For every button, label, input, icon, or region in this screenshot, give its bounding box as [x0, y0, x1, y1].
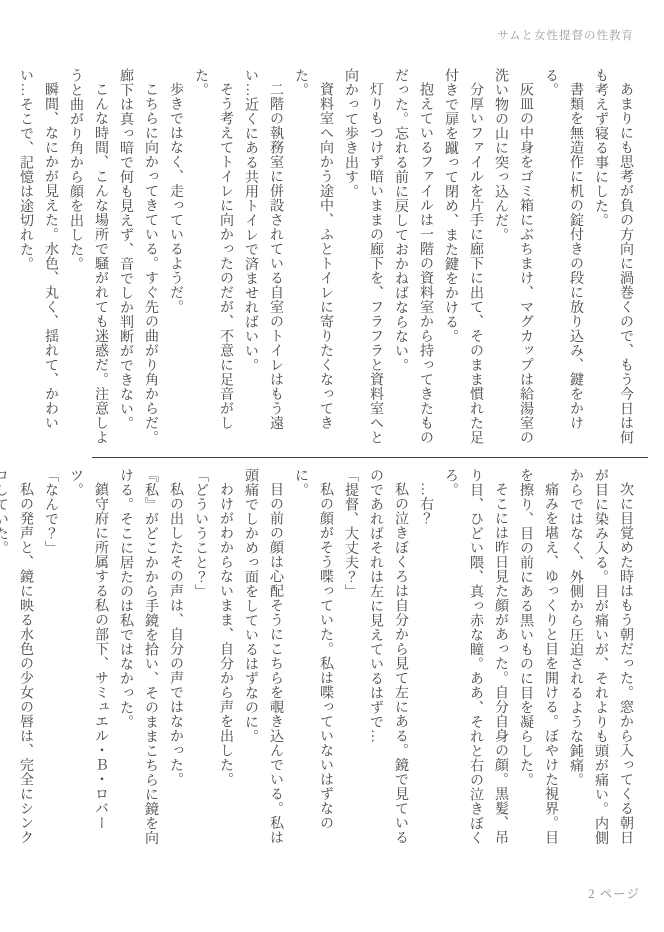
- novel-reader-page: サムと女性提督の性教育 あまりにも思考が負の方向に渦巻くので、もう今日は何も考え…: [0, 0, 664, 932]
- paragraph: そこには昨日見た顔があった。自分自身の顔。黒髪、吊り目、ひどい隈、真っ赤な瞳。あ…: [438, 468, 513, 854]
- paragraph: 二階の執務室に併設されている自室のトイレはもう遠い…近くにある共用トイレで済ませ…: [238, 68, 288, 454]
- text-section-top: あまりにも思考が負の方向に渦巻くので、もう今日は何も考えず寝る事にした。 書類を…: [13, 68, 638, 454]
- text-section-bottom: 次に目覚めた時はもう朝だった。窓から入ってくる朝日が目に染み入る。目が痛いが、そ…: [0, 468, 638, 854]
- paragraph: こちらに向かってきている。すぐ先の曲がり角からだ。廊下は真っ暗で何も見えず、音で…: [113, 68, 163, 454]
- paragraph: 灰皿の中身をゴミ箱にぶちまけ、マグカップは給湯室の洗い物の山に突っ込んだ。: [488, 68, 538, 454]
- paragraph: 私の顔がそう喋っていた。私は喋っていないはずなのに。: [288, 468, 338, 854]
- paragraph: あまりにも思考が負の方向に渦巻くので、もう今日は何も考えず寝る事にした。: [588, 68, 638, 454]
- paragraph: こんな時間、こんな場所で騒がれても迷惑だ。注意しようと曲がり角から顔を出した。: [63, 68, 113, 454]
- paragraph: 鎮守府に所属する私の部下、サミュエル・Ｂ・ロバーツ。: [63, 468, 113, 854]
- paragraph: そう考えてトイレに向かったのだが、不意に足音がした。: [188, 68, 238, 454]
- section-divider: [92, 457, 648, 458]
- paragraph: 『私』がどこかから手鏡を拾い、そのままこちらに鏡を向ける。そこに居たのは私ではな…: [113, 468, 163, 854]
- paragraph: 「どういうこと？」: [188, 468, 213, 854]
- paragraph: わけがわからないまま、自分から声を出した。: [213, 468, 238, 854]
- paragraph: 痛みを堪え、ゆっくりと目を開ける。ぼやけた視界。目を擦り、目の前にある黒いものに…: [513, 468, 563, 854]
- paragraph: 書類を無造作に机の錠付きの段に放り込み、鍵をかける。: [538, 68, 588, 454]
- paragraph: 瞬間、なにかが見えた。水色、丸く、揺れて、かわいい…そこで、記憶は途切れた。: [13, 68, 63, 454]
- page-header-title: サムと女性提督の性教育: [497, 27, 634, 43]
- paragraph: 「なんで？」: [38, 468, 63, 854]
- paragraph: 私の泣きぼくろは自分から見て左にある。鏡で見ているのであればそれは左に見えている…: [363, 468, 413, 854]
- paragraph: 「提督、大丈夫？」: [338, 468, 363, 854]
- paragraph: …右？: [413, 468, 438, 854]
- paragraph: 分厚いファイルを片手に廊下に出て、そのまま慣れた足付きで扉を蹴って閉め、また鍵を…: [438, 68, 488, 454]
- paragraph: 目の前の顔は心配そうにこちらを覗き込んでいる。私は頭痛でしかめっ面をしているはず…: [238, 468, 288, 854]
- paragraph: 次に目覚めた時はもう朝だった。窓から入ってくる朝日が目に染み入る。目が痛いが、そ…: [563, 468, 638, 854]
- paragraph: 灯りもつけず暗いままの廊下を、フラフラと資料室へと向かって歩き出す。: [338, 68, 388, 454]
- footer-page-number: 2 ページ: [588, 884, 640, 902]
- paragraph: 私の出したその声は、自分の声ではなかった。: [163, 468, 188, 854]
- paragraph: 抱えているファイルは一階の資料室から持ってきたものだった。忘れる前に戻しておかね…: [388, 68, 438, 454]
- paragraph: 歩きではなく、走っているようだ。: [163, 68, 188, 454]
- paragraph: 私の発声と、鏡に映る水色の少女の唇は、完全にシンクロしていた。: [0, 468, 38, 854]
- paragraph: 資料室へ向かう途中、ふとトイレに寄りたくなってきた。: [288, 68, 338, 454]
